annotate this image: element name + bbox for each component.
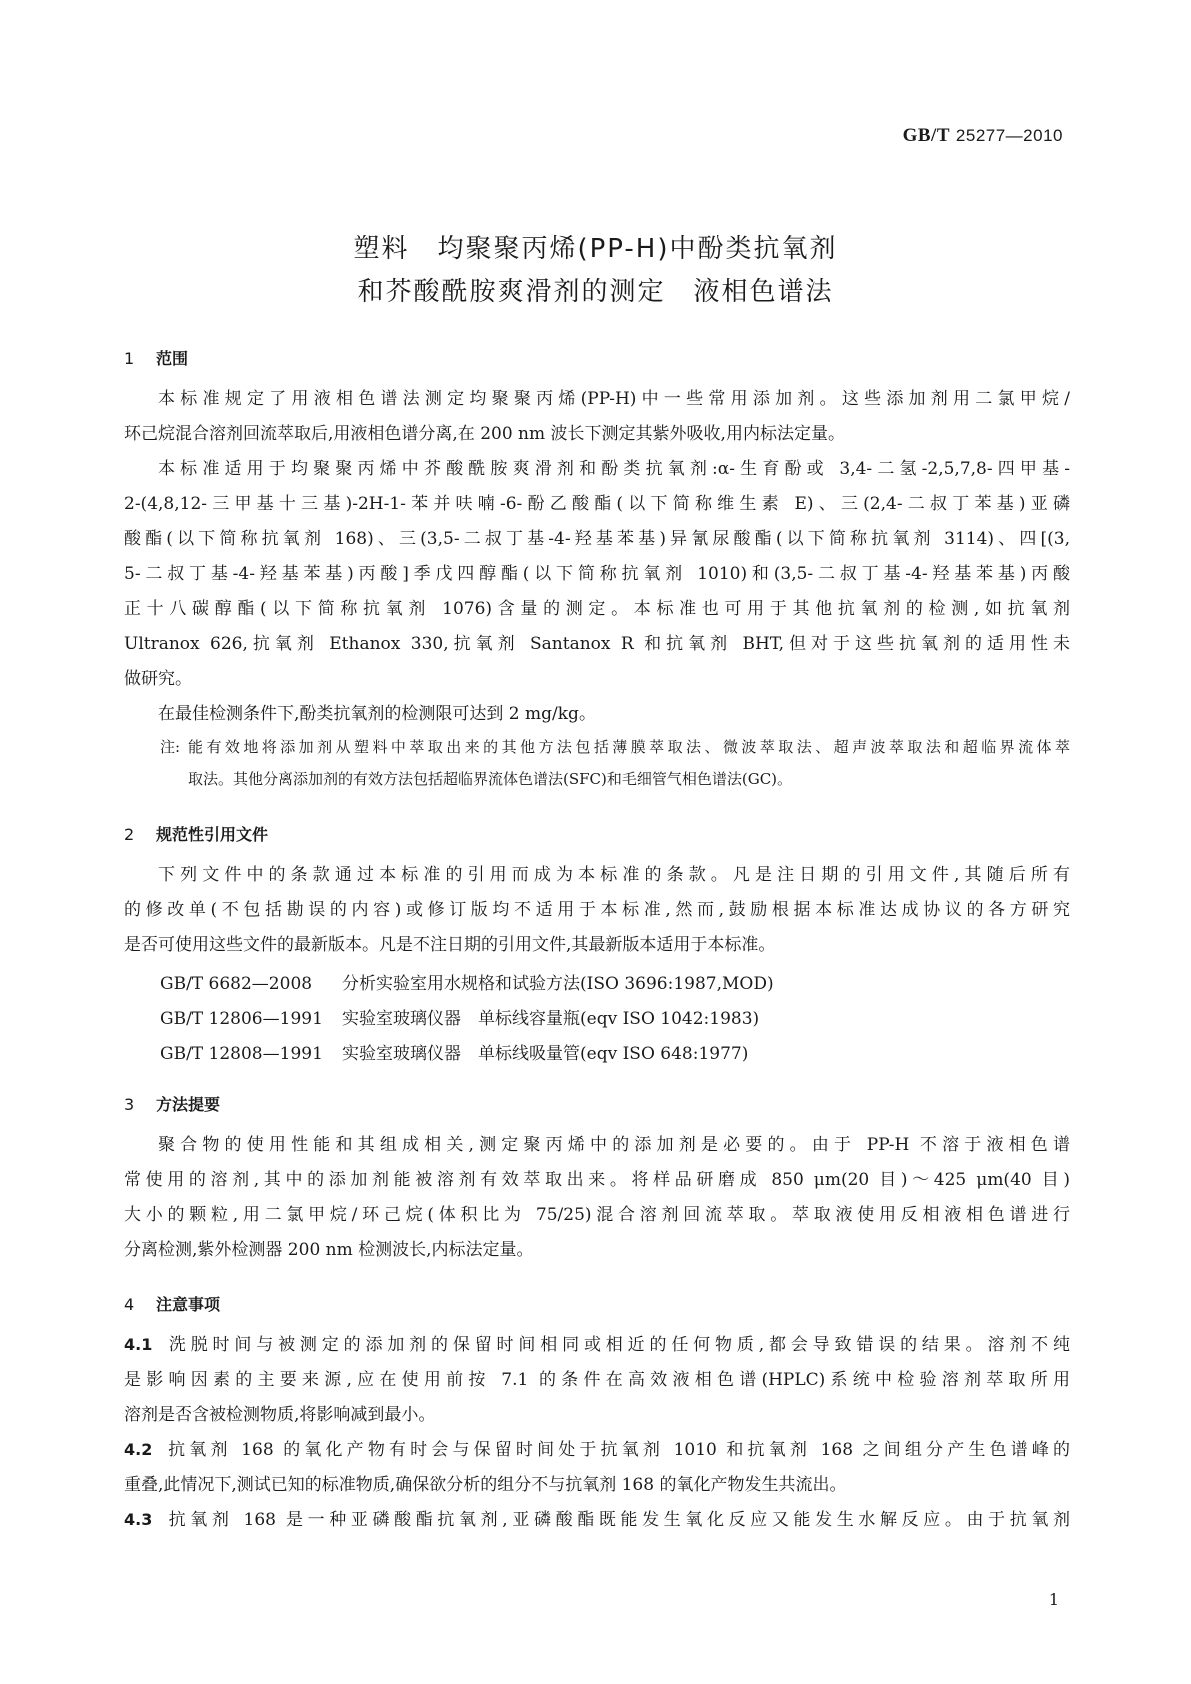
reference-code: GB/T 12806—1991 (160, 1009, 342, 1029)
section-title: 注意事项 (156, 1295, 220, 1314)
reference-item: GB/T 12808—1991实验室玻璃仪器 单标线吸量管(eqv ISO 64… (160, 1039, 748, 1064)
clause-4-3-line: 4.3抗氧剂 168 是一种亚磷酸酯抗氧剂,亚磷酸酯既能发生氧化反应又能发生水解… (124, 1509, 1070, 1531)
paragraph-line: 5-二叔丁基-4-羟基苯基)丙酸]季戊四醇酯(以下简称抗氧剂 1010)和(3,… (124, 563, 1070, 585)
section-heading-2: 2规范性引用文件 (124, 822, 268, 845)
paragraph-line: 2-(4,8,12-三甲基十三基)-2H-1-苯并呋喃-6-酚乙酸酯(以下简称维… (124, 493, 1070, 515)
paragraph-line: 正十八碳醇酯(以下简称抗氧剂 1076)含量的测定。本标准也可用于其他抗氧剂的检… (124, 598, 1070, 620)
section-number: 4 (124, 1295, 156, 1314)
section-title: 方法提要 (156, 1095, 220, 1114)
section-title: 范围 (156, 349, 188, 368)
clause-text: 洗脱时间与被测定的添加剂的保留时间相同或相近的任何物质,都会导致错误的结果。溶剂… (164, 1335, 1070, 1355)
reference-code: GB/T 6682—2008 (160, 974, 342, 994)
paragraph-line: 下列文件中的条款通过本标准的引用而成为本标准的条款。凡是注日期的引用文件,其随后… (158, 864, 1070, 886)
clause-text: 抗氧剂 168 的氧化产物有时会与保留时间处于抗氧剂 1010 和抗氧剂 168… (164, 1440, 1070, 1460)
paragraph-line: 溶剂是否含被检测物质,将影响减到最小。 (124, 1404, 1070, 1426)
standard-code: GB/T 25277—2010 (903, 125, 1063, 147)
section-title: 规范性引用文件 (156, 825, 268, 844)
reference-title: 分析实验室用水规格和试验方法(ISO 3696:1987,MOD) (342, 974, 774, 994)
document-title-line-1: 塑料 均聚聚丙烯(PP-H)中酚类抗氧剂 (0, 228, 1191, 265)
paragraph-line: 大小的颗粒,用二氯甲烷/环己烷(体积比为 75/25)混合溶剂回流萃取。萃取液使… (124, 1204, 1070, 1226)
section-heading-3: 3方法提要 (124, 1092, 220, 1115)
paragraph-line: 聚合物的使用性能和其组成相关,测定聚丙烯中的添加剂是必要的。由于 PP-H 不溶… (158, 1134, 1070, 1156)
section-number: 1 (124, 349, 156, 368)
paragraph-line: 环己烷混合溶剂回流萃取后,用液相色谱分离,在 200 nm 波长下测定其紫外吸收… (124, 423, 1070, 445)
paragraph-line: 本标准规定了用液相色谱法测定均聚聚丙烯(PP-H)中一些常用添加剂。这些添加剂用… (158, 388, 1070, 410)
note-line: 取法。其他分离添加剂的有效方法包括超临界流体色谱法(SFC)和毛细管气相色谱法(… (188, 769, 1070, 789)
note-line: 能有效地将添加剂从塑料中萃取出来的其他方法包括薄膜萃取法、微波萃取法、超声波萃取… (188, 737, 1070, 757)
paragraph-line: 本标准适用于均聚聚丙烯中芥酸酰胺爽滑剂和酚类抗氧剂:α-生育酚或 3,4-二氢-… (158, 458, 1070, 480)
paragraph-line: 是影响因素的主要来源,应在使用前按 7.1 的条件在高效液相色谱(HPLC)系统… (124, 1369, 1070, 1391)
paragraph-line: 做研究。 (124, 668, 1070, 690)
document-page: GB/T 25277—2010 塑料 均聚聚丙烯(PP-H)中酚类抗氧剂 和芥酸… (0, 0, 1191, 1684)
clause-number: 4.1 (124, 1334, 164, 1356)
clause-number: 4.3 (124, 1509, 164, 1531)
paragraph-line: 重叠,此情况下,测试已知的标准物质,确保欲分析的组分不与抗氧剂 168 的氧化产… (124, 1474, 1070, 1496)
standard-prefix: GB/T (903, 125, 950, 146)
clause-text: 抗氧剂 168 是一种亚磷酸酯抗氧剂,亚磷酸酯既能发生氧化反应又能发生水解反应。… (164, 1510, 1070, 1530)
reference-title: 实验室玻璃仪器 单标线容量瓶(eqv ISO 1042:1983) (342, 1009, 759, 1029)
paragraph-line: 常使用的溶剂,其中的添加剂能被溶剂有效萃取出来。将样品研磨成 850 μm(20… (124, 1169, 1070, 1191)
section-heading-1: 1范围 (124, 346, 188, 369)
paragraph-line: 是否可使用这些文件的最新版本。凡是不注日期的引用文件,其最新版本适用于本标准。 (124, 934, 1070, 956)
clause-4-1-line: 4.1洗脱时间与被测定的添加剂的保留时间相同或相近的任何物质,都会导致错误的结果… (124, 1334, 1070, 1356)
reference-item: GB/T 12806—1991实验室玻璃仪器 单标线容量瓶(eqv ISO 10… (160, 1004, 759, 1029)
standard-number: 25277—2010 (956, 126, 1063, 145)
paragraph-line: 的修改单(不包括勘误的内容)或修订版均不适用于本标准,然而,鼓励根据本标准达成协… (124, 899, 1070, 921)
document-title-line-2: 和芥酸酰胺爽滑剂的测定 液相色谱法 (0, 271, 1191, 308)
paragraph-line: 分离检测,紫外检测器 200 nm 检测波长,内标法定量。 (124, 1239, 1070, 1261)
section-number: 3 (124, 1095, 156, 1114)
reference-code: GB/T 12808—1991 (160, 1044, 342, 1064)
note-label: 注: (160, 738, 180, 756)
paragraph-line: 酸酯(以下简称抗氧剂 168)、三(3,5-二叔丁基-4-羟基苯基)异氰尿酸酯(… (124, 528, 1070, 550)
reference-item: GB/T 6682—2008分析实验室用水规格和试验方法(ISO 3696:19… (160, 969, 774, 994)
page-number: 1 (1049, 1590, 1059, 1609)
section-number: 2 (124, 825, 156, 844)
clause-4-2-line: 4.2抗氧剂 168 的氧化产物有时会与保留时间处于抗氧剂 1010 和抗氧剂 … (124, 1439, 1070, 1461)
reference-title: 实验室玻璃仪器 单标线吸量管(eqv ISO 648:1977) (342, 1044, 748, 1064)
paragraph-line: Ultranox 626,抗氧剂 Ethanox 330,抗氧剂 Santano… (124, 633, 1070, 655)
clause-number: 4.2 (124, 1439, 164, 1461)
section-heading-4: 4注意事项 (124, 1292, 220, 1315)
paragraph-line: 在最佳检测条件下,酚类抗氧剂的检测限可达到 2 mg/kg。 (158, 703, 1070, 725)
